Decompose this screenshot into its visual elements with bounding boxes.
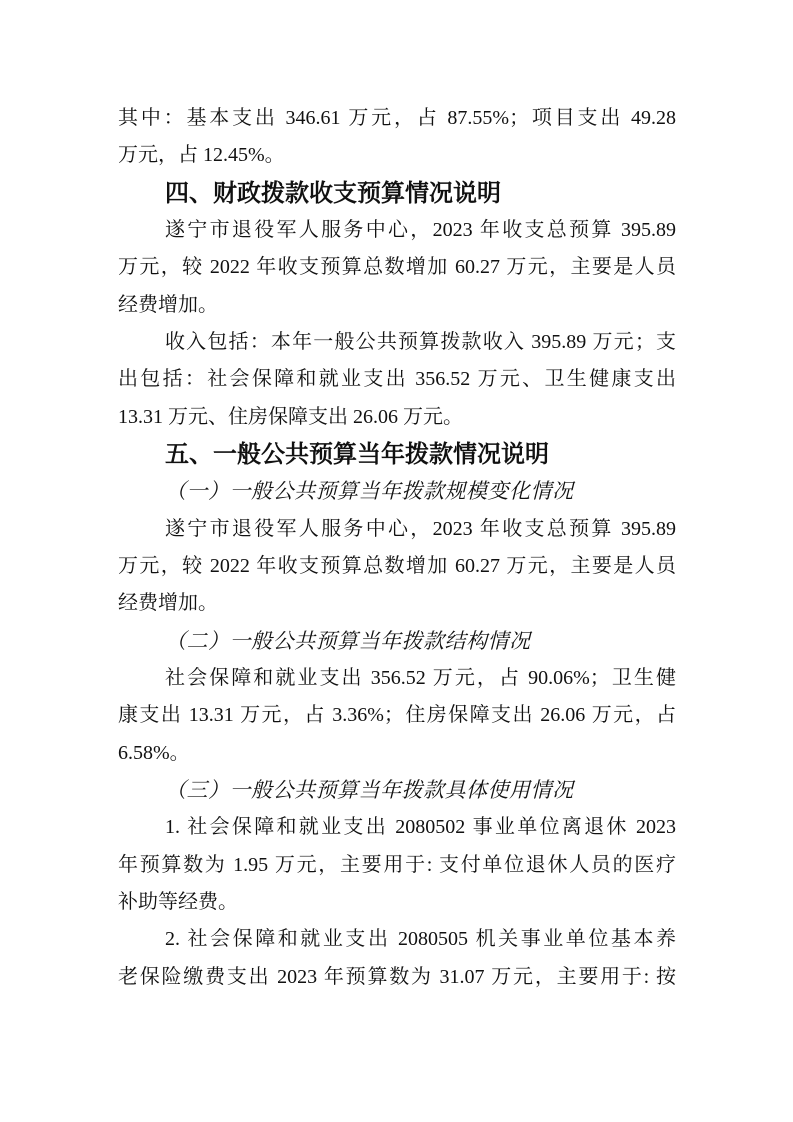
body-text-line: 万元，较 2022 年收支预算总数增加 60.27 万元，主要是人员 [118, 249, 676, 286]
section-heading: 五、一般公共预算当年拨款情况说明 [118, 436, 676, 473]
body-text-line: 2. 社会保障和就业支出 2080505 机关事业单位基本养 [118, 921, 676, 958]
body-text-line: 补助等经费。 [118, 884, 676, 921]
body-text-line: 13.31 万元、住房保障支出 26.06 万元。 [118, 399, 676, 436]
document-body: 其中：基本支出 346.61 万元，占 87.55%；项目支出 49.28万元，… [118, 100, 676, 996]
body-text-line: 6.58%。 [118, 735, 676, 772]
body-text-line: 康支出 13.31 万元，占 3.36%；住房保障支出 26.06 万元，占 [118, 697, 676, 734]
body-text-line: 1. 社会保障和就业支出 2080502 事业单位离退休 2023 [118, 809, 676, 846]
subsection-heading: （二）一般公共预算当年拨款结构情况 [118, 623, 676, 660]
section-heading: 四、财政拨款收支预算情况说明 [118, 175, 676, 212]
subsection-heading: （三）一般公共预算当年拨款具体使用情况 [118, 772, 676, 809]
body-text-line: 遂宁市退役军人服务中心，2023 年收支总预算 395.89 [118, 511, 676, 548]
body-text-line: 社会保障和就业支出 356.52 万元，占 90.06%；卫生健 [118, 660, 676, 697]
body-text-line: 经费增加。 [118, 287, 676, 324]
document-page: 其中：基本支出 346.61 万元，占 87.55%；项目支出 49.28万元，… [0, 0, 793, 1122]
body-text-line: 出包括：社会保障和就业支出 356.52 万元、卫生健康支出 [118, 361, 676, 398]
body-text-line: 老保险缴费支出 2023 年预算数为 31.07 万元，主要用于: 按 [118, 959, 676, 996]
body-text-line: 经费增加。 [118, 585, 676, 622]
body-text-line: 万元，较 2022 年收支预算总数增加 60.27 万元，主要是人员 [118, 548, 676, 585]
subsection-heading: （一）一般公共预算当年拨款规模变化情况 [118, 473, 676, 510]
body-text-line: 收入包括：本年一般公共预算拨款收入 395.89 万元；支 [118, 324, 676, 361]
body-text-line: 年预算数为 1.95 万元，主要用于: 支付单位退休人员的医疗 [118, 847, 676, 884]
body-text-line: 遂宁市退役军人服务中心，2023 年收支总预算 395.89 [118, 212, 676, 249]
body-text-line: 万元，占 12.45%。 [118, 137, 676, 174]
body-text-line: 其中：基本支出 346.61 万元，占 87.55%；项目支出 49.28 [118, 100, 676, 137]
